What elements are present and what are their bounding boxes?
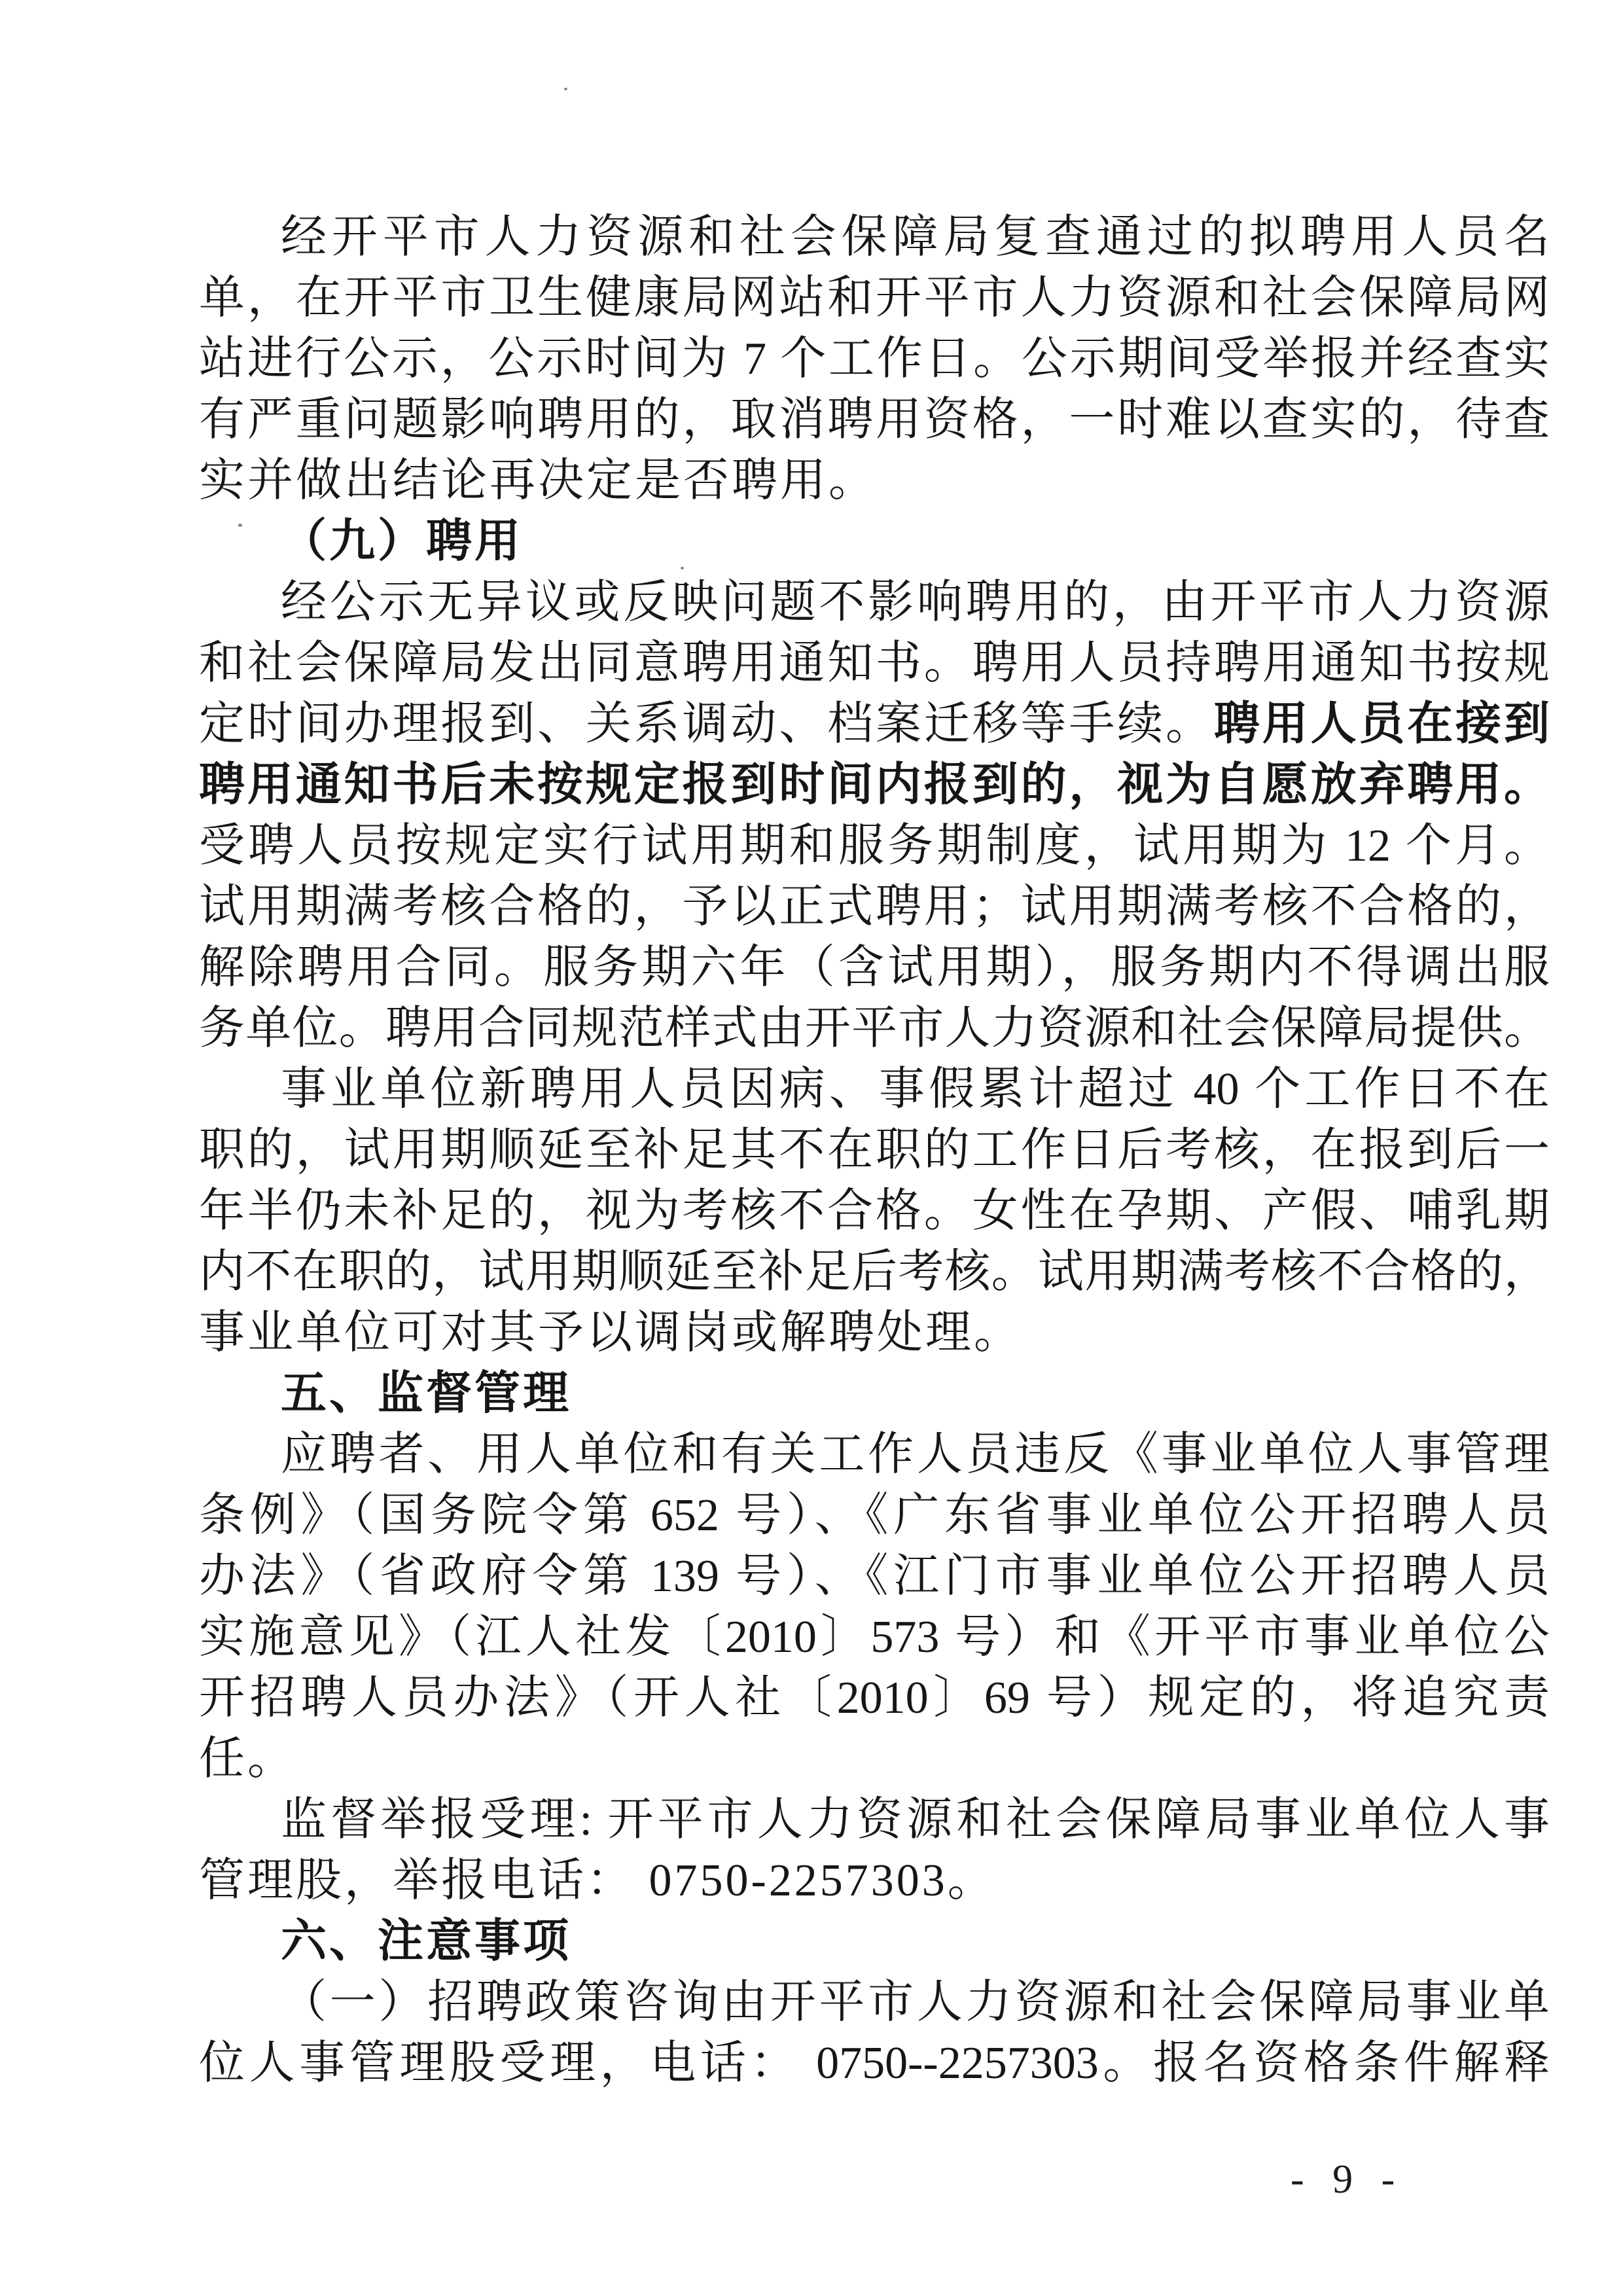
text-segment: 解除聘用合同。服务期六年（含试用期），服务期内不得调出服 <box>199 942 1550 993</box>
text-line: 实并做出结论再决定是否聘用。 <box>199 450 1550 511</box>
text-segment: 事业单位新聘用人员因病、事假累计超过 40 个工作日不在 <box>281 1064 1550 1115</box>
text-line: 应聘者、用人单位和有关工作人员违反《事业单位人事管理 <box>199 1424 1550 1485</box>
text-line: 和社会保障局发出同意聘用通知书。聘用人员持聘用通知书按规 <box>199 633 1550 694</box>
text-segment: 和社会保障局发出同意聘用通知书。聘用人员持聘用通知书按规 <box>199 638 1550 689</box>
text-segment: 事业单位可对其予以调岗或解聘处理。 <box>199 1308 1022 1358</box>
bold-text-segment: 六、注意事项 <box>281 1916 571 1967</box>
text-line: 解除聘用合同。服务期六年（含试用期），服务期内不得调出服 <box>199 937 1550 998</box>
text-line: 站进行公示，公示时间为 7 个工作日。公示期间受举报并经查实 <box>199 329 1550 389</box>
text-line: 务单位。聘用合同规范样式由开平市人力资源和社会保障局提供。 <box>199 998 1550 1059</box>
text-block: 经开平市人力资源和社会保障局复查通过的拟聘用人员名单，在开平市卫生健康局网站和开… <box>199 207 1550 2094</box>
scan-speck <box>681 567 684 569</box>
text-line: 职的，试用期顺延至补足其不在职的工作日后考核，在报到后一 <box>199 1120 1550 1181</box>
text-line: 经公示无异议或反映问题不影响聘用的，由开平市人力资源 <box>199 572 1550 633</box>
text-segment: 实施意见》（江人社发〔2010〕573 号）和《开平市事业单位公 <box>199 1612 1550 1662</box>
text-segment: 管理股，举报电话： 0750-2257303。 <box>199 1856 996 1906</box>
text-line: 事业单位可对其予以调岗或解聘处理。 <box>199 1302 1550 1363</box>
bold-text-segment: 聘用通知书后未按规定报到时间内报到的，视为自愿放弃聘用。 <box>199 760 1550 810</box>
text-segment: 经公示无异议或反映问题不影响聘用的，由开平市人力资源 <box>281 577 1550 628</box>
text-line: 实施意见》（江人社发〔2010〕573 号）和《开平市事业单位公 <box>199 1607 1550 1668</box>
text-segment: 职的，试用期顺延至补足其不在职的工作日后考核，在报到后一 <box>199 1125 1550 1175</box>
text-segment: 受聘人员按规定实行试用期和服务期制度，试用期为 12 个月。 <box>199 821 1550 871</box>
text-segment: 试用期满考核合格的，予以正式聘用；试用期满考核不合格的， <box>199 882 1550 932</box>
text-line: 监督举报受理: 开平市人力资源和社会保障局事业单位人事 <box>199 1789 1550 1850</box>
text-segment: 位人事管理股受理，电话： 0750--2257303。报名资格条件解释 <box>199 2038 1550 2089</box>
text-line: 条例》（国务院令第 652 号）、《广东省事业单位公开招聘人员 <box>199 1485 1550 1546</box>
text-line: 有严重问题影响聘用的，取消聘用资格，一时难以查实的，待查 <box>199 389 1550 450</box>
text-segment: 任。 <box>199 1734 296 1784</box>
text-line: 开招聘人员办法》（开人社〔2010〕69 号）规定的，将追究责 <box>199 1668 1550 1729</box>
text-line: 定时间办理报到、关系调动、档案迁移等手续。聘用人员在接到 <box>199 694 1550 755</box>
scan-speck <box>564 88 567 90</box>
text-line: （一）招聘政策咨询由开平市人力资源和社会保障局事业单 <box>199 1972 1550 2033</box>
scan-speck <box>238 524 242 527</box>
text-segment: （一）招聘政策咨询由开平市人力资源和社会保障局事业单 <box>281 1977 1550 2028</box>
text-segment: 监督举报受理: 开平市人力资源和社会保障局事业单位人事 <box>281 1795 1550 1845</box>
text-line: 位人事管理股受理，电话： 0750--2257303。报名资格条件解释 <box>199 2033 1550 2094</box>
text-line: 内不在职的，试用期顺延至补足后考核。试用期满考核不合格的， <box>199 1242 1550 1302</box>
text-segment: 经开平市人力资源和社会保障局复查通过的拟聘用人员名 <box>281 212 1550 262</box>
text-segment: 内不在职的，试用期顺延至补足后考核。试用期满考核不合格的， <box>199 1247 1550 1297</box>
text-segment: 有严重问题影响聘用的，取消聘用资格，一时难以查实的，待查 <box>199 395 1550 445</box>
text-segment: 条例》（国务院令第 652 号）、《广东省事业单位公开招聘人员 <box>199 1490 1550 1541</box>
bold-text-segment: 五、监督管理 <box>281 1369 571 1419</box>
text-line: 管理股，举报电话： 0750-2257303。 <box>199 1850 1550 1911</box>
text-segment: 应聘者、用人单位和有关工作人员违反《事业单位人事管理 <box>281 1429 1550 1480</box>
text-segment: 务单位。聘用合同规范样式由开平市人力资源和社会保障局提供。 <box>199 1003 1550 1054</box>
text-line: 年半仍未补足的，视为考核不合格。女性在孕期、产假、哺乳期 <box>199 1181 1550 1242</box>
heading-line: （九）聘用 <box>199 511 1550 572</box>
page-number: - 9 - <box>1291 2156 1404 2203</box>
text-line: 事业单位新聘用人员因病、事假累计超过 40 个工作日不在 <box>199 1059 1550 1120</box>
text-segment: 站进行公示，公示时间为 7 个工作日。公示期间受举报并经查实 <box>199 334 1550 384</box>
text-line: 任。 <box>199 1729 1550 1789</box>
bold-text-segment: （九）聘用 <box>281 516 523 567</box>
bold-text-segment: 聘用人员在接到 <box>1214 699 1550 749</box>
text-line: 试用期满考核合格的，予以正式聘用；试用期满考核不合格的， <box>199 876 1550 937</box>
heading-line: 六、注意事项 <box>199 1911 1550 1972</box>
text-line: 受聘人员按规定实行试用期和服务期制度，试用期为 12 个月。 <box>199 816 1550 876</box>
text-segment: 单，在开平市卫生健康局网站和开平市人力资源和社会保障局网 <box>199 273 1550 323</box>
heading-line: 五、监督管理 <box>199 1363 1550 1424</box>
text-segment: 定时间办理报到、关系调动、档案迁移等手续。 <box>199 699 1214 749</box>
document-page: 经开平市人力资源和社会保障局复查通过的拟聘用人员名单，在开平市卫生健康局网站和开… <box>0 0 1623 2296</box>
scan-speck <box>1457 2068 1461 2071</box>
text-segment: 实并做出结论再决定是否聘用。 <box>199 456 877 506</box>
text-segment: 年半仍未补足的，视为考核不合格。女性在孕期、产假、哺乳期 <box>199 1186 1550 1236</box>
text-line: 单，在开平市卫生健康局网站和开平市人力资源和社会保障局网 <box>199 268 1550 329</box>
text-line: 聘用通知书后未按规定报到时间内报到的，视为自愿放弃聘用。 <box>199 755 1550 816</box>
text-line: 经开平市人力资源和社会保障局复查通过的拟聘用人员名 <box>199 207 1550 268</box>
text-segment: 开招聘人员办法》（开人社〔2010〕69 号）规定的，将追究责 <box>199 1673 1550 1723</box>
text-segment: 办法》（省政府令第 139 号）、《江门市事业单位公开招聘人员 <box>199 1551 1550 1602</box>
text-line: 办法》（省政府令第 139 号）、《江门市事业单位公开招聘人员 <box>199 1546 1550 1607</box>
